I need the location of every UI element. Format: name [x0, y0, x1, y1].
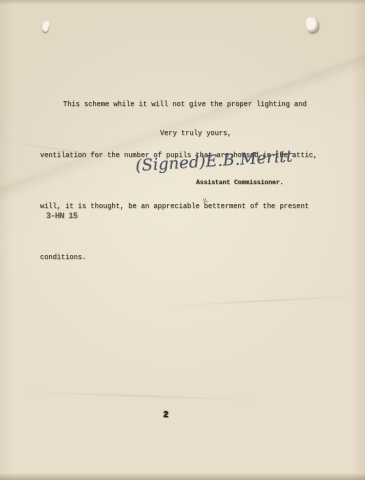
paper-chip-top-left [40, 20, 50, 33]
paper-chip-top-right [305, 16, 319, 33]
body-line: conditions. [40, 250, 340, 267]
body-line: This scheme while it will not give the p… [40, 97, 340, 114]
paper-crease [20, 391, 260, 401]
page-number: 2 [163, 410, 168, 420]
pen-mark: ii, [203, 197, 210, 205]
signature-title: Assistant Commissioner. [196, 179, 283, 186]
date-stamp: 3-HN 15 [46, 212, 78, 221]
scanned-letter-page: This scheme while it will not give the p… [0, 0, 365, 480]
closing-line: Very truly yours, [160, 130, 231, 138]
body-line: will, it is thought, be an appreciable b… [40, 199, 340, 216]
letter-body-paragraph: This scheme while it will not give the p… [40, 63, 340, 301]
